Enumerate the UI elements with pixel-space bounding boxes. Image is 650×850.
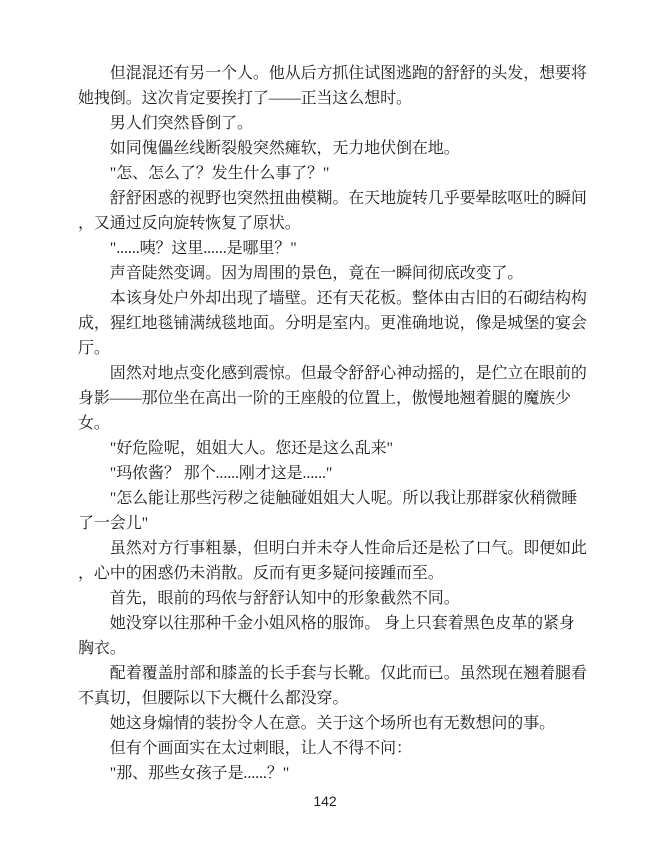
document-page: 但混混还有另一个人。他从后方抓住试图逃跑的舒舒的头发，想要将 她拽倒。这次肯定要… <box>0 0 650 850</box>
text-line: 她这身煽情的装扮令人在意。关于这个场所也有无数想问的事。 <box>78 711 578 736</box>
text-line: ，心中的困惑仍未消散。反而有更多疑问接踵而至。 <box>78 561 578 586</box>
text-line: 胸衣。 <box>78 636 578 661</box>
text-line: 但有个画面实在太过刺眼，让人不得不问： <box>78 736 578 761</box>
text-line: 配着覆盖肘部和膝盖的长手套与长靴。仅此而已。虽然现在翘着腿看 <box>78 661 578 686</box>
text-line: "......咦？这里......是哪里？" <box>78 236 578 261</box>
text-line: 成，猩红地毯铺满绒毯地面。分明是室内。更准确地说，像是城堡的宴会 <box>78 311 578 336</box>
text-line: 她没穿以往那种千金小姐风格的服饰。 身上只套着黑色皮革的紧身 <box>78 611 578 636</box>
text-line: "玛侬酱？ 那个......刚才这是......" <box>78 461 578 486</box>
text-line: 但混混还有另一个人。他从后方抓住试图逃跑的舒舒的头发，想要将 <box>78 61 578 86</box>
text-line: 声音陡然变调。因为周围的景色，竟在一瞬间彻底改变了。 <box>78 261 578 286</box>
text-line: 了一会儿" <box>78 511 578 536</box>
text-line: 首先，眼前的玛侬与舒舒认知中的形象截然不同。 <box>78 586 578 611</box>
text-line: ，又通过反向旋转恢复了原状。 <box>78 211 578 236</box>
page-number: 142 <box>0 793 650 809</box>
text-line: 女。 <box>78 411 578 436</box>
text-line: 不真切，但腰际以下大概什么都没穿。 <box>78 686 578 711</box>
text-line: 本该身处户外却出现了墙壁。还有天花板。整体由古旧的石砌结构构 <box>78 286 578 311</box>
text-line: 身影——那位坐在高出一阶的王座般的位置上，傲慢地翘着腿的魔族少 <box>78 386 578 411</box>
text-line: 她拽倒。这次肯定要挨打了——正当这么想时。 <box>78 86 578 111</box>
text-line: "怎么能让那些污秽之徒触碰姐姐大人呢。所以我让那群家伙稍微睡 <box>78 486 578 511</box>
text-line: 如同傀儡丝线断裂般突然瘫软，无力地伏倒在地。 <box>78 136 578 161</box>
text-line: 厅。 <box>78 336 578 361</box>
text-line: 男人们突然昏倒了。 <box>78 111 578 136</box>
text-line: 虽然对方行事粗暴，但明白并未夺人性命后还是松了口气。即便如此 <box>78 536 578 561</box>
text-line: 固然对地点变化感到震惊。但最令舒舒心神动摇的，是伫立在眼前的 <box>78 361 578 386</box>
text-line: "那、那些女孩子是......？" <box>78 761 578 786</box>
text-line: "怎、怎么了？发生什么事了？" <box>78 161 578 186</box>
text-line: 舒舒困惑的视野也突然扭曲模糊。在天地旋转几乎要晕眩呕吐的瞬间 <box>78 186 578 211</box>
text-block: 但混混还有另一个人。他从后方抓住试图逃跑的舒舒的头发，想要将 她拽倒。这次肯定要… <box>78 61 578 786</box>
text-line: "好危险呢，姐姐大人。您还是这么乱来" <box>78 436 578 461</box>
